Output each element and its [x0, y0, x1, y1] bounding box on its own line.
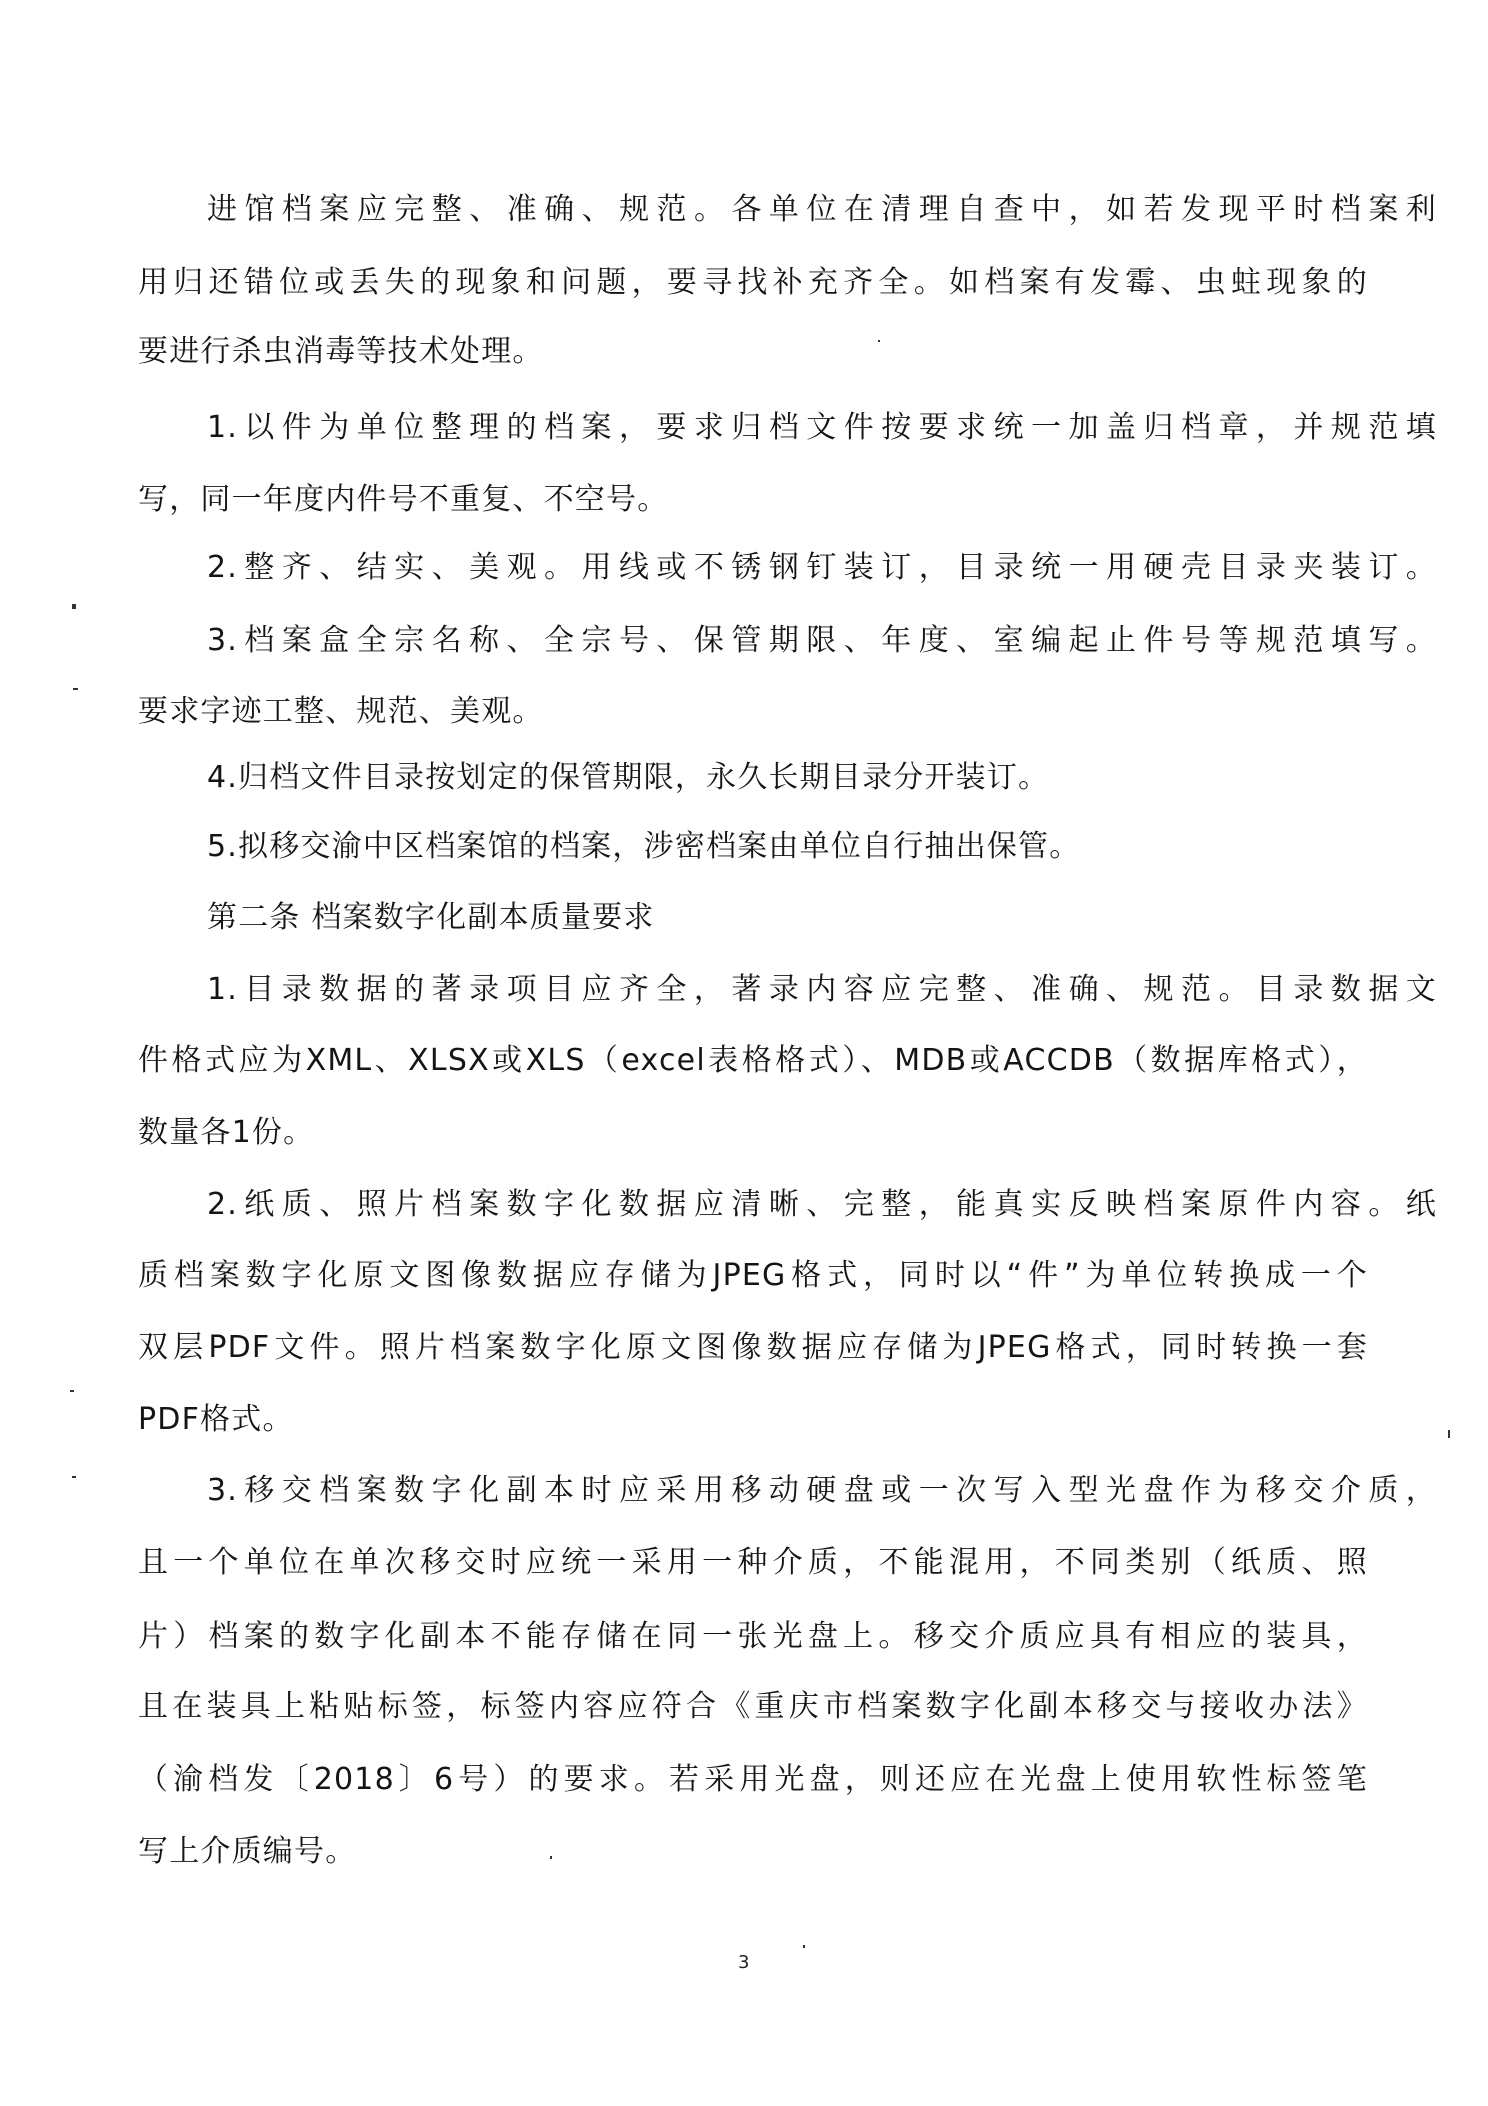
section-heading: 第二条 档案数字化副本质量要求 [207, 898, 1437, 938]
scan-speck [1448, 1430, 1450, 1438]
text-line: 3.档案盒全宗名称、全宗号、保管期限、年度、室编起止件号等规范填写。 [207, 621, 1437, 661]
text-line: 双层PDF文件。照片档案数字化原文图像数据应存储为JPEG格式，同时转换一套 [138, 1328, 1368, 1368]
text-line: 用归还错位或丢失的现象和问题，要寻找补充齐全。如档案有发霉、虫蛀现象的 [138, 263, 1368, 303]
text-line: 4.归档文件目录按划定的保管期限，永久长期目录分开装订。 [207, 758, 1437, 798]
text-line: 要进行杀虫消毒等技术处理。 [138, 332, 1368, 372]
text-line: 且在装具上粘贴标签，标签内容应符合《重庆市档案数字化副本移交与接收办法》 [138, 1687, 1368, 1727]
scan-speck [72, 604, 76, 609]
text-line: 质档案数字化原文图像数据应存储为JPEG格式，同时以“件”为单位转换成一个 [138, 1256, 1368, 1296]
page-number: 3 [738, 1952, 749, 1973]
text-line: PDF格式。 [138, 1400, 1368, 1440]
scan-speck [878, 340, 880, 342]
text-line: 数量各1份。 [138, 1113, 1368, 1153]
text-line: 2.纸质、照片档案数字化数据应清晰、完整，能真实反映档案原件内容。纸 [207, 1185, 1437, 1225]
text-line: 1.以件为单位整理的档案，要求归档文件按要求统一加盖归档章，并规范填 [207, 408, 1437, 448]
text-line: 1.目录数据的著录项目应齐全，著录内容应完整、准确、规范。目录数据文 [207, 970, 1437, 1010]
scan-speck [72, 1476, 76, 1478]
text-line: 要求字迹工整、规范、美观。 [138, 692, 1368, 732]
scan-speck [803, 1945, 805, 1948]
text-line: 进馆档案应完整、准确、规范。各单位在清理自查中，如若发现平时档案利 [207, 190, 1437, 230]
text-line: 写上介质编号。 [138, 1832, 1368, 1872]
text-line: （渝档发〔2018〕6号）的要求。若采用光盘，则还应在光盘上使用软性标签笔 [138, 1760, 1368, 1800]
text-line: 5.拟移交渝中区档案馆的档案，涉密档案由单位自行抽出保管。 [207, 827, 1437, 867]
document-page: 进馆档案应完整、准确、规范。各单位在清理自查中，如若发现平时档案利 用归还错位或… [0, 0, 1488, 2106]
scan-speck [73, 688, 78, 690]
text-line: 2.整齐、结实、美观。用线或不锈钢钉装订，目录统一用硬壳目录夹装订。 [207, 548, 1437, 588]
text-line: 片）档案的数字化副本不能存储在同一张光盘上。移交介质应具有相应的装具， [138, 1617, 1368, 1657]
text-line: 3.移交档案数字化副本时应采用移动硬盘或一次写入型光盘作为移交介质， [207, 1471, 1437, 1511]
text-line: 写，同一年度内件号不重复、不空号。 [138, 480, 1368, 520]
scan-speck [70, 1390, 74, 1392]
text-line: 件格式应为XML、XLSX或XLS（excel表格格式）、MDB或ACCDB（数… [138, 1041, 1368, 1081]
text-line: 且一个单位在单次移交时应统一采用一种介质，不能混用，不同类别（纸质、照 [138, 1543, 1368, 1583]
scan-speck [550, 1856, 552, 1859]
